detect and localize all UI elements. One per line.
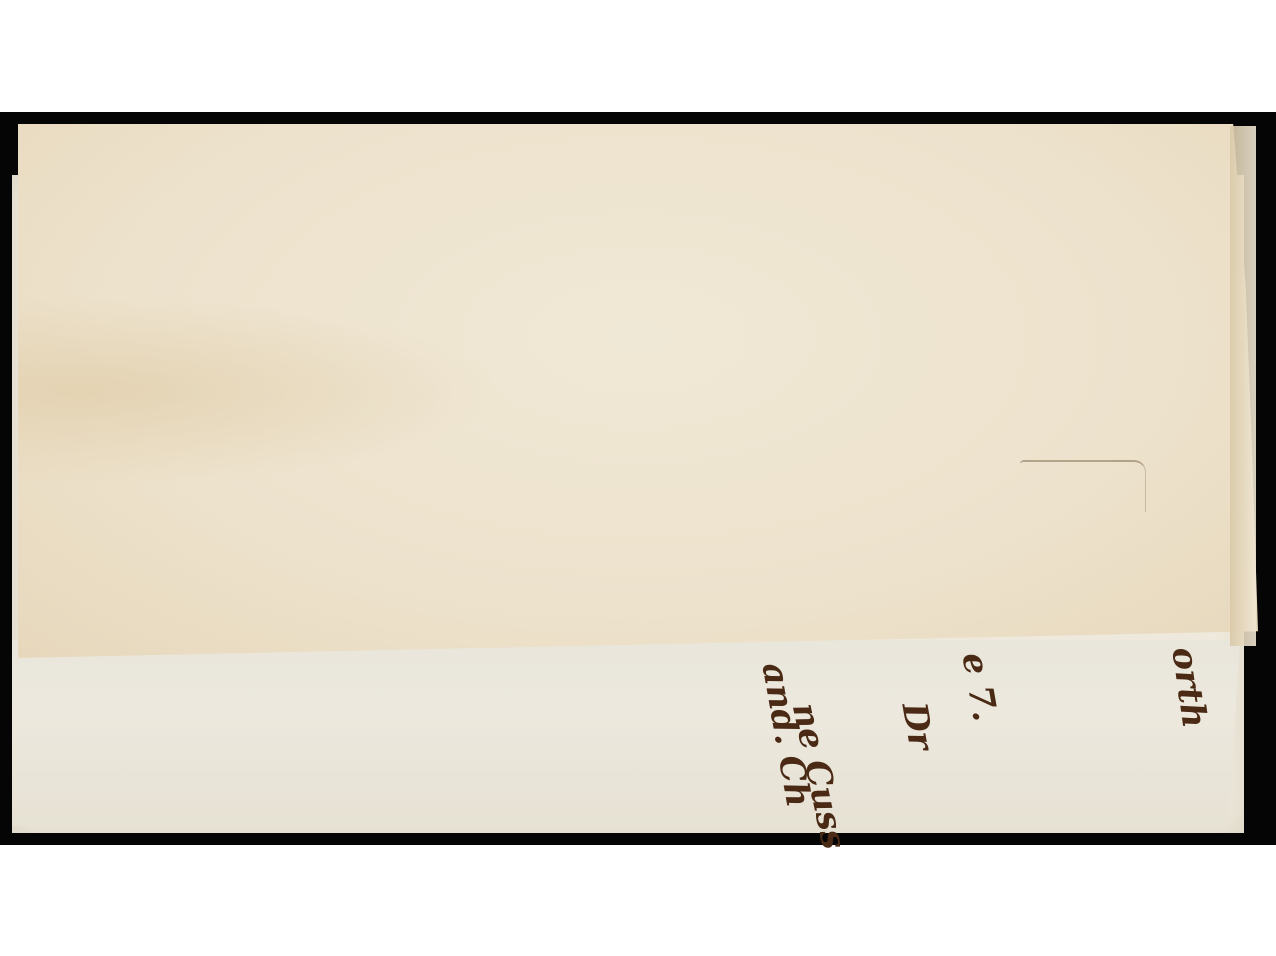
letter-top-fold <box>18 124 1258 658</box>
photo-canvas: ne Cuss and. Ch e 7. Dr orth <box>0 0 1276 956</box>
paper-tear <box>1020 460 1146 512</box>
letter-folded-edge <box>1230 126 1256 646</box>
handwriting-fragment: orth <box>1166 645 1211 730</box>
letter-lower-fold <box>12 640 1240 830</box>
handwriting-fragment: e 7. <box>957 650 1002 724</box>
handwriting-fragment: Dr <box>897 700 939 753</box>
